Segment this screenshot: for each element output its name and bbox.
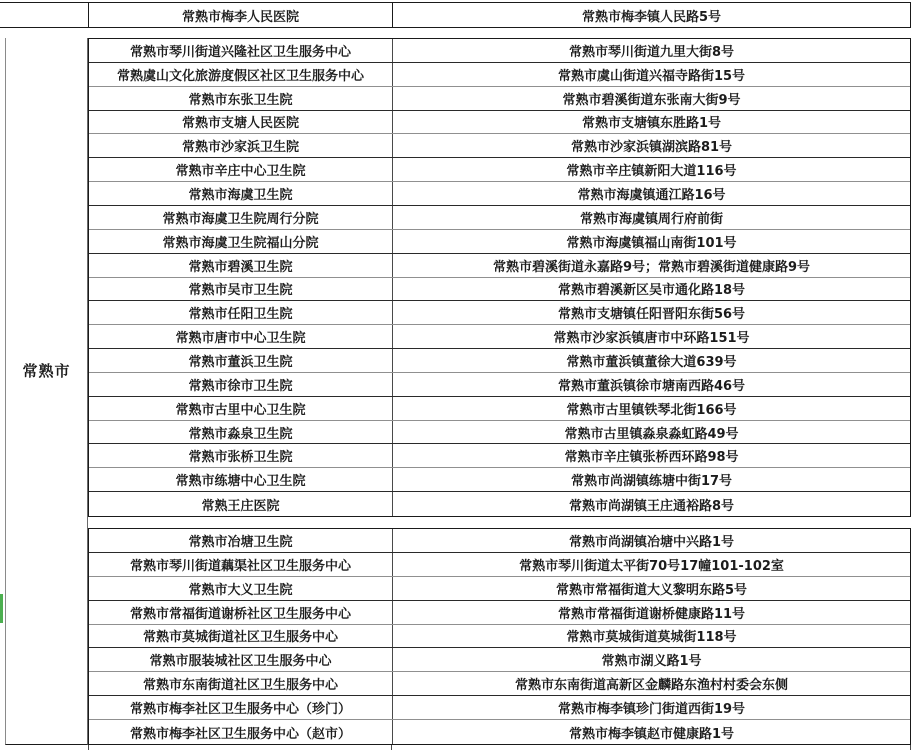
table-row: 常熟市东张卫生院 常熟市碧溪街道东张南大街9号	[89, 87, 910, 111]
address-cell: 常熟市古里镇淼泉淼虹路49号	[393, 421, 910, 444]
hospital-name-cell: 常熟市琴川街道兴隆社区卫生服务中心	[89, 39, 393, 62]
address-cell: 常熟市梅李镇人民路5号	[393, 3, 911, 27]
table-row: 常熟市碧溪卫生院 常熟市碧溪街道永嘉路9号；常熟市碧溪街道健康路9号	[89, 254, 910, 278]
table-row: 常熟市徐市卫生院 常熟市董浜镇徐市塘南西路46号	[89, 373, 910, 397]
address-cell: 常熟市沙家浜镇唐市中环路151号	[393, 325, 910, 348]
table-row: 常熟市唐市中心卫生院 常熟市沙家浜镇唐市中环路151号	[89, 325, 910, 349]
hospital-name-cell: 常熟市梅李社区卫生服务中心（珍门）	[89, 696, 393, 719]
lower-table-section: 常熟市冶塘卫生院 常熟市尚湖镇冶塘中兴路1号 常熟市琴川街道藕渠社区卫生服务中心…	[88, 528, 911, 745]
hospital-name-cell: 常熟市梅李人民医院	[88, 3, 393, 27]
table-row: 常熟市张桥卫生院 常熟市辛庄镇张桥西环路98号	[89, 444, 910, 468]
hospital-name-cell: 常熟市古里中心卫生院	[89, 397, 393, 420]
hospital-name-cell: 常熟市唐市中心卫生院	[89, 325, 393, 348]
address-cell: 常熟市湖义路1号	[393, 648, 910, 671]
table-row: 常熟市海虞卫生院周行分院 常熟市海虞镇周行府前街	[89, 206, 910, 230]
table-row: 常熟市任阳卫生院 常熟市支塘镇任阳晋阳东街56号	[89, 301, 910, 325]
hospital-name-cell: 常熟市淼泉卫生院	[89, 421, 393, 444]
hospital-name-cell: 常熟市琴川街道藕渠社区卫生服务中心	[89, 553, 393, 576]
address-cell: 常熟市琴川街道太平街70号17幢101-102室	[393, 553, 910, 576]
table-row: 常熟王庄医院 常熟市尚湖镇王庄通裕路8号	[89, 492, 910, 516]
address-cell: 常熟市辛庄镇张桥西环路98号	[393, 444, 910, 467]
table-row: 常熟市琴川街道兴隆社区卫生服务中心 常熟市琴川街道九里大街8号	[89, 39, 910, 63]
city-merged-cell: 常熟市	[5, 38, 88, 745]
hospital-name-cell: 常熟市练塘中心卫生院	[89, 468, 393, 491]
address-cell: 常熟市海虞镇通江路16号	[393, 182, 910, 205]
partial-next-row	[88, 745, 911, 750]
table-row: 常熟市大义卫生院 常熟市常福街道大义黎明东路5号	[89, 577, 910, 601]
hospital-name-cell: 常熟虞山文化旅游度假区社区卫生服务中心	[89, 63, 393, 86]
hospital-name-cell: 常熟市徐市卫生院	[89, 373, 393, 396]
address-cell: 常熟市支塘镇任阳晋阳东街56号	[393, 301, 910, 324]
hospital-name-cell: 常熟市辛庄中心卫生院	[89, 158, 393, 181]
hospital-name-cell: 常熟市常福街道谢桥社区卫生服务中心	[89, 601, 393, 624]
table-row: 常熟市董浜卫生院 常熟市董浜镇董徐大道639号	[89, 349, 910, 373]
hospital-name-cell: 常熟市东张卫生院	[89, 87, 393, 110]
hospital-name-cell: 常熟市东南街道社区卫生服务中心	[89, 672, 393, 695]
address-cell: 常熟市常福街道谢桥健康路11号	[393, 601, 910, 624]
address-cell: 常熟市海虞镇福山南街101号	[393, 230, 910, 253]
address-cell: 常熟市海虞镇周行府前街	[393, 206, 910, 229]
hospital-address-table-screenshot: 常熟市梅李人民医院 常熟市梅李镇人民路5号 常熟市 常熟市琴川街道兴隆社区卫生服…	[0, 0, 918, 750]
hospital-name-cell: 常熟市沙家浜卫生院	[89, 134, 393, 157]
address-cell: 常熟市尚湖镇王庄通裕路8号	[393, 492, 910, 516]
hospital-name-cell: 常熟市张桥卫生院	[89, 444, 393, 467]
address-cell: 常熟市古里镇铁琴北街166号	[393, 397, 910, 420]
table-row: 常熟市服装城社区卫生服务中心 常熟市湖义路1号	[89, 648, 910, 672]
hospital-name-cell: 常熟市海虞卫生院	[89, 182, 393, 205]
table-row: 常熟市常福街道谢桥社区卫生服务中心 常熟市常福街道谢桥健康路11号	[89, 601, 910, 625]
table-row: 常熟市东南街道社区卫生服务中心 常熟市东南街道高新区金麟路东渔村村委会东侧	[89, 672, 910, 696]
upper-table-section: 常熟市琴川街道兴隆社区卫生服务中心 常熟市琴川街道九里大街8号 常熟虞山文化旅游…	[88, 38, 911, 517]
table-row: 常熟市沙家浜卫生院 常熟市沙家浜镇湖滨路81号	[89, 134, 910, 158]
hospital-name-cell: 常熟市吴市卫生院	[89, 278, 393, 301]
address-cell: 常熟市梅李镇赵市健康路1号	[393, 720, 910, 744]
hospital-name-cell: 常熟市支塘人民医院	[89, 111, 393, 134]
address-cell: 常熟市碧溪街道永嘉路9号；常熟市碧溪街道健康路9号	[393, 254, 910, 277]
table-row: 常熟市辛庄中心卫生院 常熟市辛庄镇新阳大道116号	[89, 158, 910, 182]
table-row: 常熟市吴市卫生院 常熟市碧溪新区吴市通化路18号	[89, 278, 910, 302]
table-row: 常熟市古里中心卫生院 常熟市古里镇铁琴北街166号	[89, 397, 910, 421]
hospital-name-cell: 常熟市碧溪卫生院	[89, 254, 393, 277]
address-cell: 常熟市东南街道高新区金麟路东渔村村委会东侧	[393, 672, 910, 695]
table-row: 常熟市练塘中心卫生院 常熟市尚湖镇练塘中街17号	[89, 468, 910, 492]
address-cell: 常熟市董浜镇徐市塘南西路46号	[393, 373, 910, 396]
table-row: 常熟市海虞卫生院福山分院 常熟市海虞镇福山南街101号	[89, 230, 910, 254]
address-cell: 常熟市尚湖镇冶塘中兴路1号	[393, 529, 910, 552]
table-row: 常熟市支塘人民医院 常熟市支塘镇东胜路1号	[89, 111, 910, 135]
hospital-name-cell: 常熟市任阳卫生院	[89, 301, 393, 324]
address-cell: 常熟市梅李镇珍门街道西街19号	[393, 696, 910, 719]
selection-marker	[0, 594, 3, 623]
address-cell: 常熟市辛庄镇新阳大道116号	[393, 158, 910, 181]
address-cell: 常熟市董浜镇董徐大道639号	[393, 349, 910, 372]
table-row: 常熟市梅李社区卫生服务中心（珍门） 常熟市梅李镇珍门街道西街19号	[89, 696, 910, 720]
hospital-name-cell: 常熟市梅李社区卫生服务中心（赵市）	[89, 720, 393, 744]
hospital-name-cell: 常熟市董浜卫生院	[89, 349, 393, 372]
hospital-name-cell: 常熟市海虞卫生院福山分院	[89, 230, 393, 253]
hospital-name-cell: 常熟市冶塘卫生院	[89, 529, 393, 552]
address-cell: 常熟市莫城街道莫城街118号	[393, 625, 910, 648]
address-cell: 常熟市碧溪街道东张南大街9号	[393, 87, 910, 110]
partial-name-cell	[88, 745, 392, 750]
hospital-name-cell: 常熟市莫城街道社区卫生服务中心	[89, 625, 393, 648]
hospital-name-cell: 常熟市海虞卫生院周行分院	[89, 206, 393, 229]
city-label: 常熟市	[6, 360, 87, 381]
top-table-row: 常熟市梅李人民医院 常熟市梅李镇人民路5号	[0, 2, 911, 28]
address-cell: 常熟市支塘镇东胜路1号	[393, 111, 910, 134]
address-cell: 常熟市琴川街道九里大街8号	[393, 39, 910, 62]
partial-address-cell	[392, 745, 911, 750]
table-row: 常熟市冶塘卫生院 常熟市尚湖镇冶塘中兴路1号	[89, 529, 910, 553]
table-row: 常熟市海虞卫生院 常熟市海虞镇通江路16号	[89, 182, 910, 206]
hospital-name-cell: 常熟市服装城社区卫生服务中心	[89, 648, 393, 671]
address-cell: 常熟市常福街道大义黎明东路5号	[393, 577, 910, 600]
table-row: 常熟市梅李社区卫生服务中心（赵市） 常熟市梅李镇赵市健康路1号	[89, 720, 910, 744]
address-cell: 常熟市沙家浜镇湖滨路81号	[393, 134, 910, 157]
table-row: 常熟市淼泉卫生院 常熟市古里镇淼泉淼虹路49号	[89, 421, 910, 445]
address-cell: 常熟市虞山街道兴福寺路街15号	[393, 63, 910, 86]
address-cell: 常熟市碧溪新区吴市通化路18号	[393, 278, 910, 301]
address-cell: 常熟市尚湖镇练塘中街17号	[393, 468, 910, 491]
table-row: 常熟虞山文化旅游度假区社区卫生服务中心 常熟市虞山街道兴福寺路街15号	[89, 63, 910, 87]
top-row-empty-city-cell	[0, 3, 88, 27]
table-row: 常熟市莫城街道社区卫生服务中心 常熟市莫城街道莫城街118号	[89, 625, 910, 649]
hospital-name-cell: 常熟市大义卫生院	[89, 577, 393, 600]
hospital-name-cell: 常熟王庄医院	[89, 492, 393, 516]
table-row: 常熟市琴川街道藕渠社区卫生服务中心 常熟市琴川街道太平街70号17幢101-10…	[89, 553, 910, 577]
